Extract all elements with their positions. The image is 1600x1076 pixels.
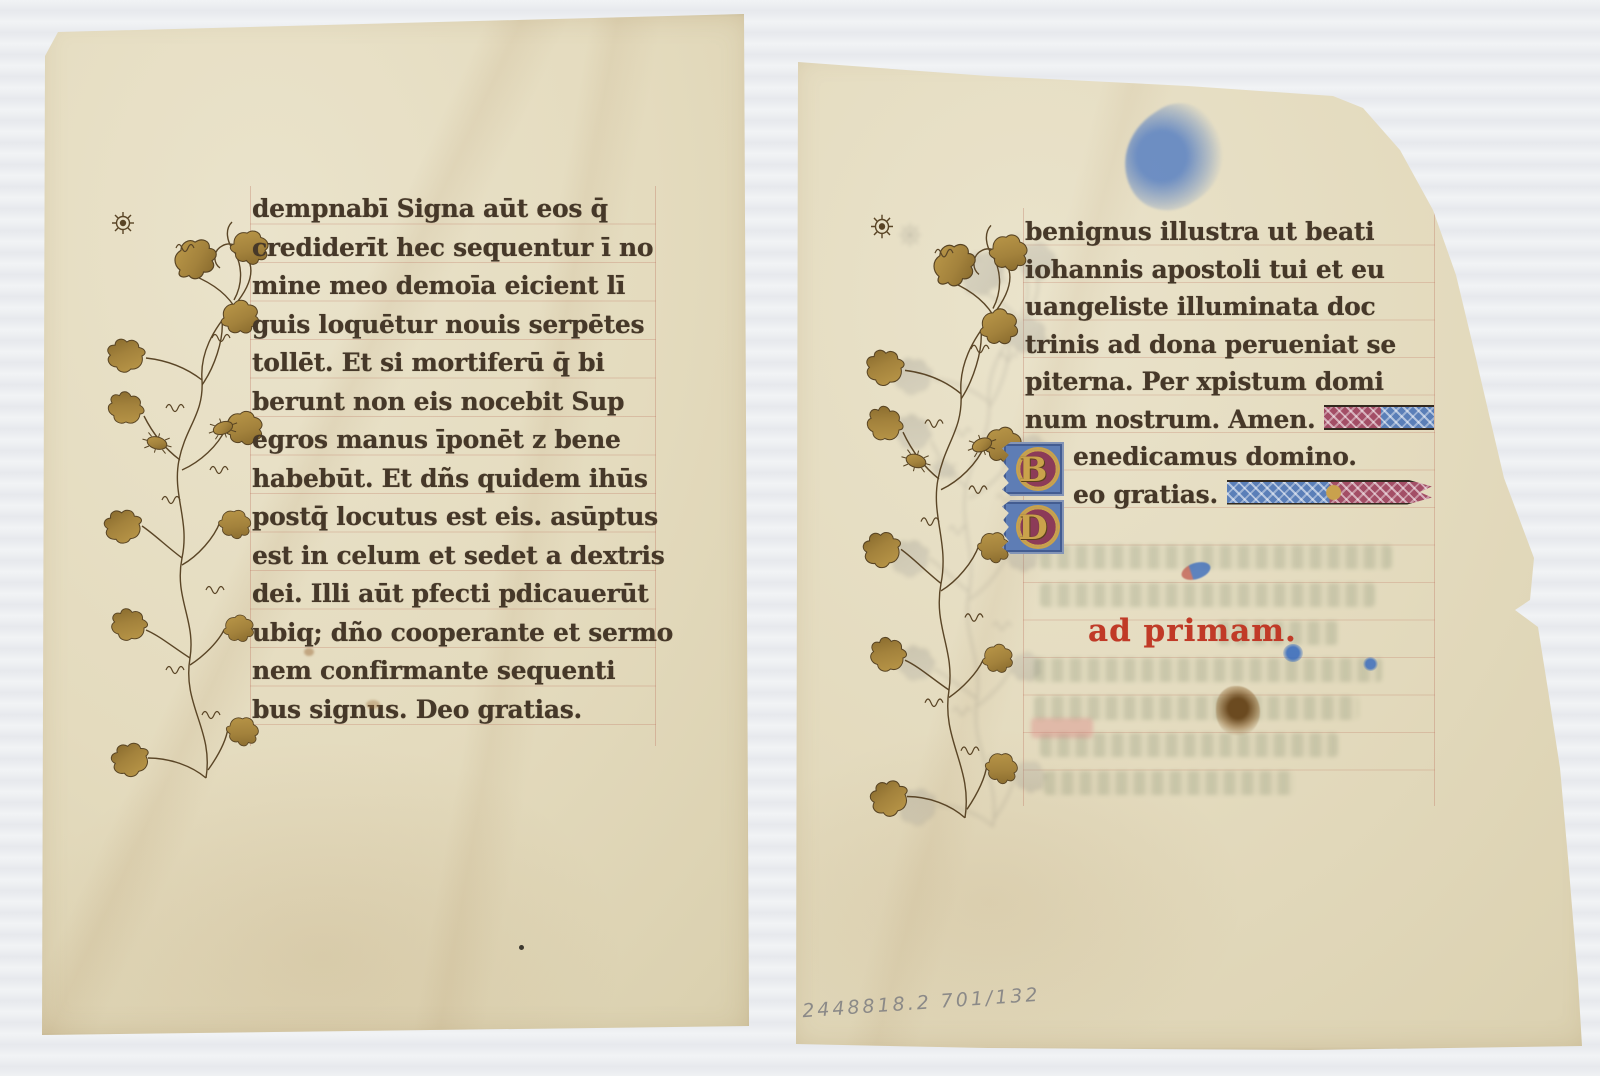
text-line: trinis ad dona perueniat se bbox=[1025, 326, 1435, 364]
manuscript-leaf-right: benignus illustra ut beatiiohannis apost… bbox=[788, 50, 1594, 1052]
text-line: bus signus. Deo gratias. bbox=[252, 691, 656, 730]
text-line: crediderīt hec sequentur ī no bbox=[252, 229, 656, 268]
text-line: eo gratias. bbox=[1025, 476, 1435, 514]
text-line: habebūt. Et dñs quidem ihūs bbox=[252, 460, 656, 499]
initial-letter: D bbox=[1002, 506, 1064, 550]
text-line: dempnabī Signa aūt eos q̄ bbox=[252, 190, 656, 229]
text-line: iohannis apostoli tui et eu bbox=[1025, 251, 1435, 289]
blue-pigment-smudge bbox=[1103, 89, 1243, 226]
text-line: nem confirmante sequenti bbox=[252, 652, 656, 691]
text-line: tollēt. Et si mortiferū q̄ bi bbox=[252, 344, 656, 383]
bleedthrough-text-row bbox=[1044, 771, 1294, 795]
right-page-text: benignus illustra ut beatiiohannis apost… bbox=[1025, 213, 1435, 513]
text-line-content: eo gratias. bbox=[1073, 480, 1218, 509]
text-line: est in celum et sedet a dextris bbox=[252, 537, 656, 576]
text-line-content: trinis ad dona perueniat se bbox=[1025, 330, 1396, 359]
illuminated-initial-B: B bbox=[1002, 442, 1064, 496]
initial-letter: B bbox=[1002, 448, 1064, 492]
bleedthrough-text-row bbox=[1040, 583, 1375, 607]
text-line: num nostrum. Amen. bbox=[1025, 401, 1435, 439]
text-line: enedicamus domino. bbox=[1025, 438, 1435, 476]
text-line: ubiq; dño cooperante et sermo bbox=[252, 614, 656, 653]
text-line: uangeliste illuminata doc bbox=[1025, 288, 1435, 326]
text-line-content: benignus illustra ut beati bbox=[1025, 217, 1374, 246]
illuminated-initials: B D bbox=[1002, 442, 1064, 554]
bleedthrough-text-row bbox=[1034, 696, 1359, 720]
text-line: berunt non eis nocebit Sup bbox=[252, 383, 656, 422]
pencil-inscription: 2448818.2 701/132 bbox=[802, 984, 1042, 1023]
line-filler-long bbox=[1227, 480, 1432, 505]
text-line: mine meo demoīa eicient lī bbox=[252, 267, 656, 306]
text-line-content: enedicamus domino. bbox=[1073, 442, 1357, 471]
left-page-text: dempnabī Signa aūt eos q̄crediderīt hec … bbox=[252, 190, 656, 729]
text-line: piterna. Per xpistum domi bbox=[1025, 363, 1435, 401]
bleedthrough-rubric-spot bbox=[1031, 718, 1093, 738]
text-line: dei. Illi aūt pfecti pdicauerūt bbox=[252, 575, 656, 614]
line-filler-short bbox=[1324, 405, 1434, 430]
text-line: egros manus īponēt z bene bbox=[252, 421, 656, 460]
manuscript-leaf-left: dempnabī Signa aūt eos q̄crediderīt hec … bbox=[36, 12, 752, 1038]
illuminated-initial-D: D bbox=[1002, 500, 1064, 554]
text-line: benignus illustra ut beati bbox=[1025, 213, 1435, 251]
ink-speck bbox=[519, 945, 524, 950]
text-line: guis loquētur nouis serpētes bbox=[252, 306, 656, 345]
text-line-content: uangeliste illuminata doc bbox=[1025, 292, 1375, 321]
bleedthrough-text-row bbox=[1034, 658, 1382, 682]
border-vine-left bbox=[84, 170, 274, 780]
photograph-backdrop: dempnabī Signa aūt eos q̄crediderīt hec … bbox=[0, 0, 1600, 1076]
text-line: postq̄ locutus est eis. asūptus bbox=[252, 498, 656, 537]
bleedthrough-text-row bbox=[1040, 545, 1392, 569]
text-line-content: iohannis apostoli tui et eu bbox=[1025, 255, 1385, 284]
text-line-content: num nostrum. Amen. bbox=[1025, 405, 1315, 434]
text-line-content: piterna. Per xpistum domi bbox=[1025, 367, 1384, 396]
rubric-ad-primam: ad primam. bbox=[1088, 613, 1297, 649]
